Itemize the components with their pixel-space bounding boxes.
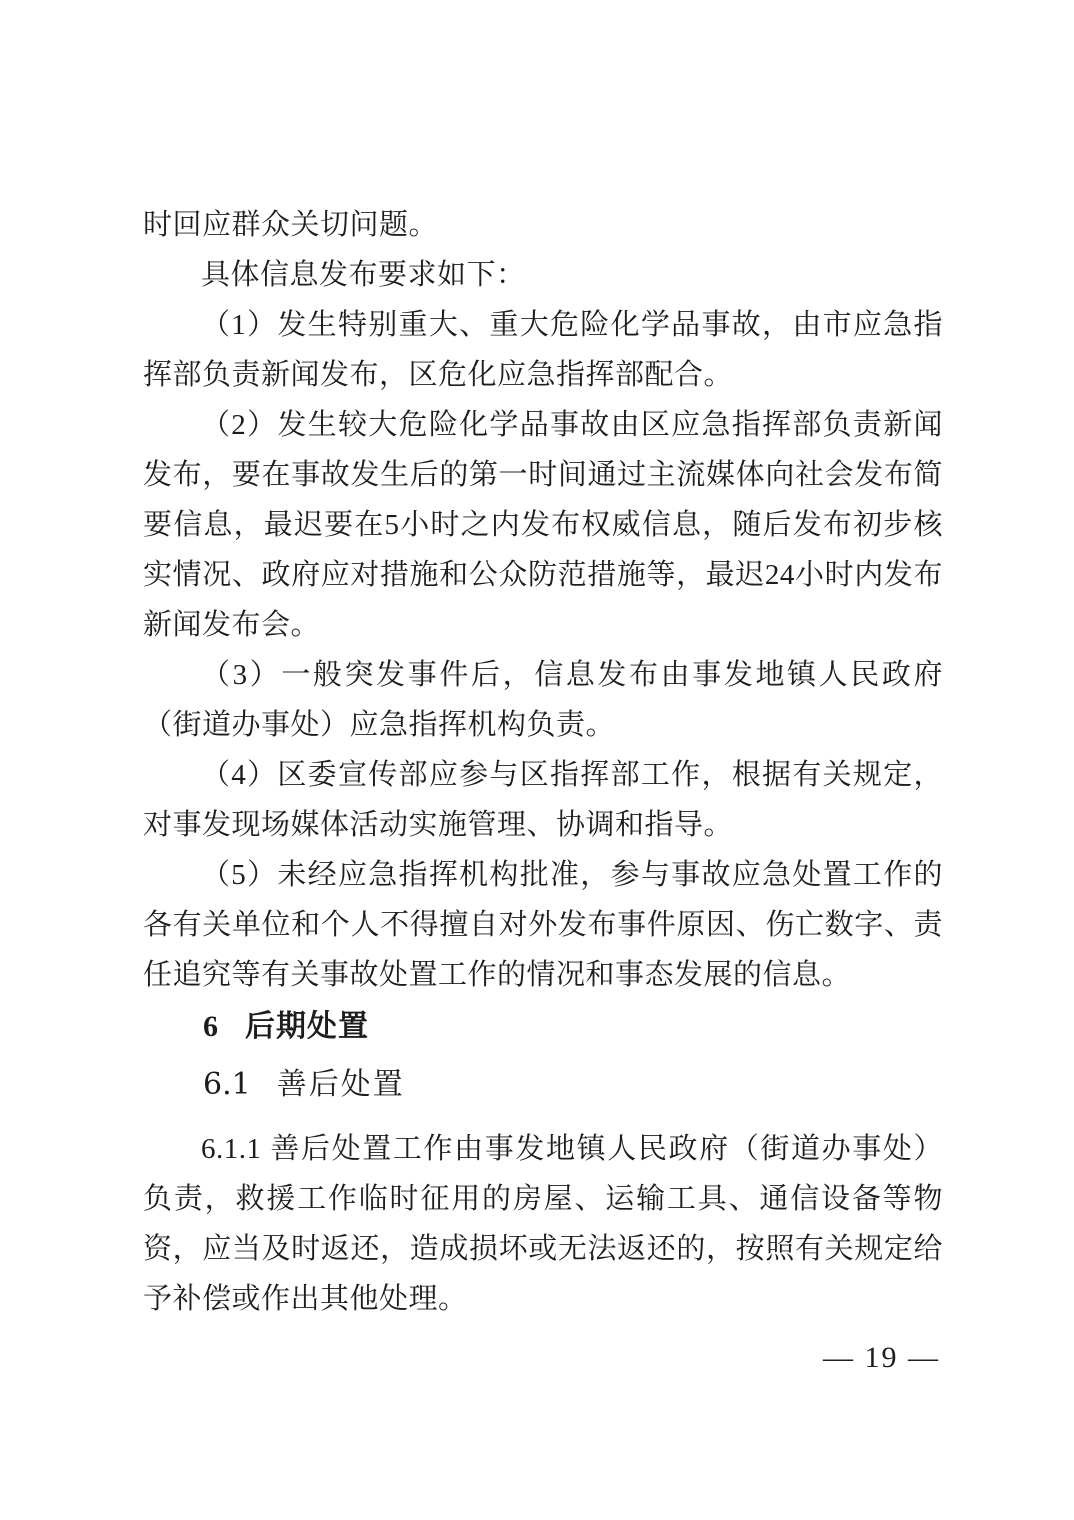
section-6-1-heading: 6.1善后处置 [143,1060,943,1110]
paragraph-6-1-1: 6.1.1 善后处置工作由事发地镇人民政府（街道办事处）负责，救援工作临时征用的… [143,1124,943,1324]
section-6-number: 6 [203,1010,218,1043]
document-page: { "page": { "number": "19", "number_disp… [0,0,1074,1520]
page-number: — 19 — [823,1338,940,1378]
paragraph-item-5: （5）未经应急指挥机构批准，参与事故应急处置工作的各有关单位和个人不得擅自对外发… [143,850,943,1000]
paragraph-item-2: （2）发生较大危险化学品事故由区应急指挥部负责新闻发布，要在事故发生后的第一时间… [143,400,943,650]
section-6-title: 后期处置 [245,1010,369,1043]
paragraph-intro: 具体信息发布要求如下： [143,250,943,300]
paragraph-item-1: （1）发生特别重大、重大危险化学品事故，由市应急指挥部负责新闻发布，区危化应急指… [143,300,943,400]
section-6-heading: 6后期处置 [143,1002,943,1052]
paragraph-continuation: 时回应群众关切问题。 [143,200,943,250]
section-6-1-title: 善后处置 [277,1067,405,1102]
section-6-1-number: 6.1 [203,1067,251,1102]
paragraph-item-3: （3）一般突发事件后，信息发布由事发地镇人民政府（街道办事处）应急指挥机构负责。 [143,650,943,750]
document-text-block: 时回应群众关切问题。 具体信息发布要求如下： （1）发生特别重大、重大危险化学品… [143,200,943,1324]
paragraph-item-4: （4）区委宣传部应参与区指挥部工作，根据有关规定，对事发现场媒体活动实施管理、协… [143,750,943,850]
